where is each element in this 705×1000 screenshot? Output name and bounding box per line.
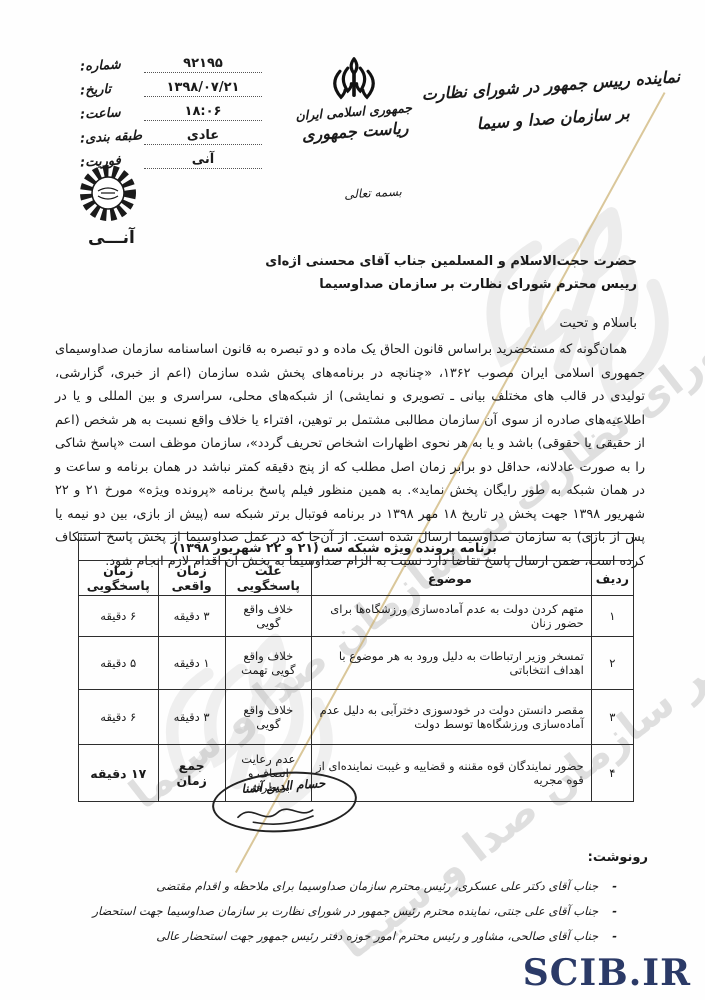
recipient-block: حضرت حجت‌الاسلام و المسلمین جناب آقای مح… xyxy=(265,250,637,296)
cc-item-text: جناب آقای صالحی، مشاور و رئیس محترم امور… xyxy=(156,924,598,949)
date-value: ۱۳۹۸/۰۷/۲۱ xyxy=(144,80,262,97)
row-reason: خلاف واقع گویی تهمت xyxy=(225,637,311,690)
row-actual-time: ۳ دقیقه xyxy=(158,690,225,745)
urgency-stamp: آنـــی xyxy=(88,228,135,248)
row-response-time: ۶ دقیقه xyxy=(79,690,159,745)
row-number: ۲ xyxy=(591,637,633,690)
cc-list: - جناب آقای دکتر علی عسکری، رئیس محترم س… xyxy=(77,874,617,949)
cc-item: - جناب آقای دکتر علی عسکری، رئیس محترم س… xyxy=(77,874,617,899)
row-response-time: ۵ دقیقه xyxy=(79,637,159,690)
row-number: ۳ xyxy=(591,690,633,745)
table-title-row: برنامه پرونده ویژه شبکه سه (۲۱ و ۲۲ شهری… xyxy=(79,534,634,561)
table-title: برنامه پرونده ویژه شبکه سه (۲۱ و ۲۲ شهری… xyxy=(79,534,592,561)
meta-row-time: ۱۸:۰۶ ساعت: xyxy=(52,104,262,121)
besmeleh-text: بسمه تعالی xyxy=(318,183,429,203)
row-number: ۴ xyxy=(591,745,633,802)
row-actual-time: ۳ دقیقه xyxy=(158,596,225,637)
office-line1: نماینده رییس جمهور در شورای نظارت xyxy=(406,66,697,105)
table-row: ۳ مقصر دانستن دولت در خودسوزی دخترآبی به… xyxy=(79,690,634,745)
row-total-time: ۱۷ دقیقه xyxy=(79,745,159,802)
header-subject: موضوع xyxy=(311,561,591,596)
table-header-row: ردیف موضوع علت پاسخگویی زمان واقعی زمان … xyxy=(79,561,634,596)
dash-bullet: - xyxy=(612,899,617,924)
row-response-time: ۶ دقیقه xyxy=(79,596,159,637)
response-times-table: برنامه پرونده ویژه شبکه سه (۲۱ و ۲۲ شهری… xyxy=(78,533,634,802)
cc-item-text: جناب آقای علی جنتی، نماینده محترم رئیس ج… xyxy=(93,899,599,924)
office-title: نماینده رییس جمهور در شورای نظارت بر ساز… xyxy=(406,66,699,138)
meta-row-number: ۹۲۱۹۵ شماره: xyxy=(52,56,262,73)
header-row-number: ردیف xyxy=(591,561,633,596)
cc-label: رونوشت: xyxy=(588,850,648,865)
meta-fields: ۹۲۱۹۵ شماره: ۱۳۹۸/۰۷/۲۱ تاریخ: ۱۸:۰۶ ساع… xyxy=(52,56,262,176)
cc-item-text: جناب آقای دکتر علی عسکری، رئیس محترم ساز… xyxy=(156,874,598,899)
meta-row-date: ۱۳۹۸/۰۷/۲۱ تاریخ: xyxy=(52,80,262,97)
cc-item: - جناب آقای علی جنتی، نماینده محترم رئیس… xyxy=(77,899,617,924)
registry-seal-stamp xyxy=(78,163,138,223)
time-label: ساعت: xyxy=(76,104,145,123)
meta-row-classification: عادی طبقه بندی: xyxy=(52,128,262,145)
table-row: ۱ متهم کردن دولت به عدم آماده‌سازی ورزشگ… xyxy=(79,596,634,637)
row-subject: تمسخر وزیر ارتباطات به دلیل ورود به هر م… xyxy=(311,637,591,690)
date-label: تاریخ: xyxy=(76,80,145,99)
iran-emblem-icon xyxy=(328,50,380,106)
row-number: ۱ xyxy=(591,596,633,637)
recipient-name: حضرت حجت‌الاسلام و المسلمین جناب آقای مح… xyxy=(265,250,637,273)
recipient-title: رییس محترم شورای نظارت بر سازمان صداوسیم… xyxy=(265,273,637,296)
row-subject: مقصر دانستن دولت در خودسوزی دخترآبی به د… xyxy=(311,690,591,745)
scanned-letter-page: نماینده رییس جمهور در شورای نظارت بر ساز… xyxy=(0,0,705,1000)
number-label: شماره: xyxy=(76,56,145,75)
time-value: ۱۸:۰۶ xyxy=(144,104,262,121)
scib-site-watermark: SCIB.IR xyxy=(523,952,691,994)
cc-item: - جناب آقای صالحی، مشاور و رئیس محترم ام… xyxy=(77,924,617,949)
row-reason: خلاف واقع گویی xyxy=(225,596,311,637)
header-actual-time: زمان واقعی xyxy=(158,561,225,596)
classification-label: طبقه بندی: xyxy=(76,128,145,147)
dash-bullet: - xyxy=(612,874,617,899)
row-reason: خلاف واقع گویی xyxy=(225,690,311,745)
row-subject: متهم کردن دولت به عدم آماده‌سازی ورزشگاه… xyxy=(311,596,591,637)
header-response-time: زمان پاسخگویی xyxy=(79,561,159,596)
classification-value: عادی xyxy=(144,128,262,145)
number-value: ۹۲۱۹۵ xyxy=(144,56,262,73)
urgency-value: آنی xyxy=(144,152,262,169)
office-line2: بر سازمان صدا و سیما xyxy=(408,99,699,138)
header-reason: علت پاسخگویی xyxy=(225,561,311,596)
dash-bullet: - xyxy=(612,924,617,949)
title-corner-cell xyxy=(591,534,633,561)
signature-stamp: حسام الدین آشنا xyxy=(210,767,359,837)
salutation: باسلام و تحیت xyxy=(559,316,637,331)
table-row: ۲ تمسخر وزیر ارتباطات به دلیل ورود به هر… xyxy=(79,637,634,690)
row-actual-time: ۱ دقیقه xyxy=(158,637,225,690)
